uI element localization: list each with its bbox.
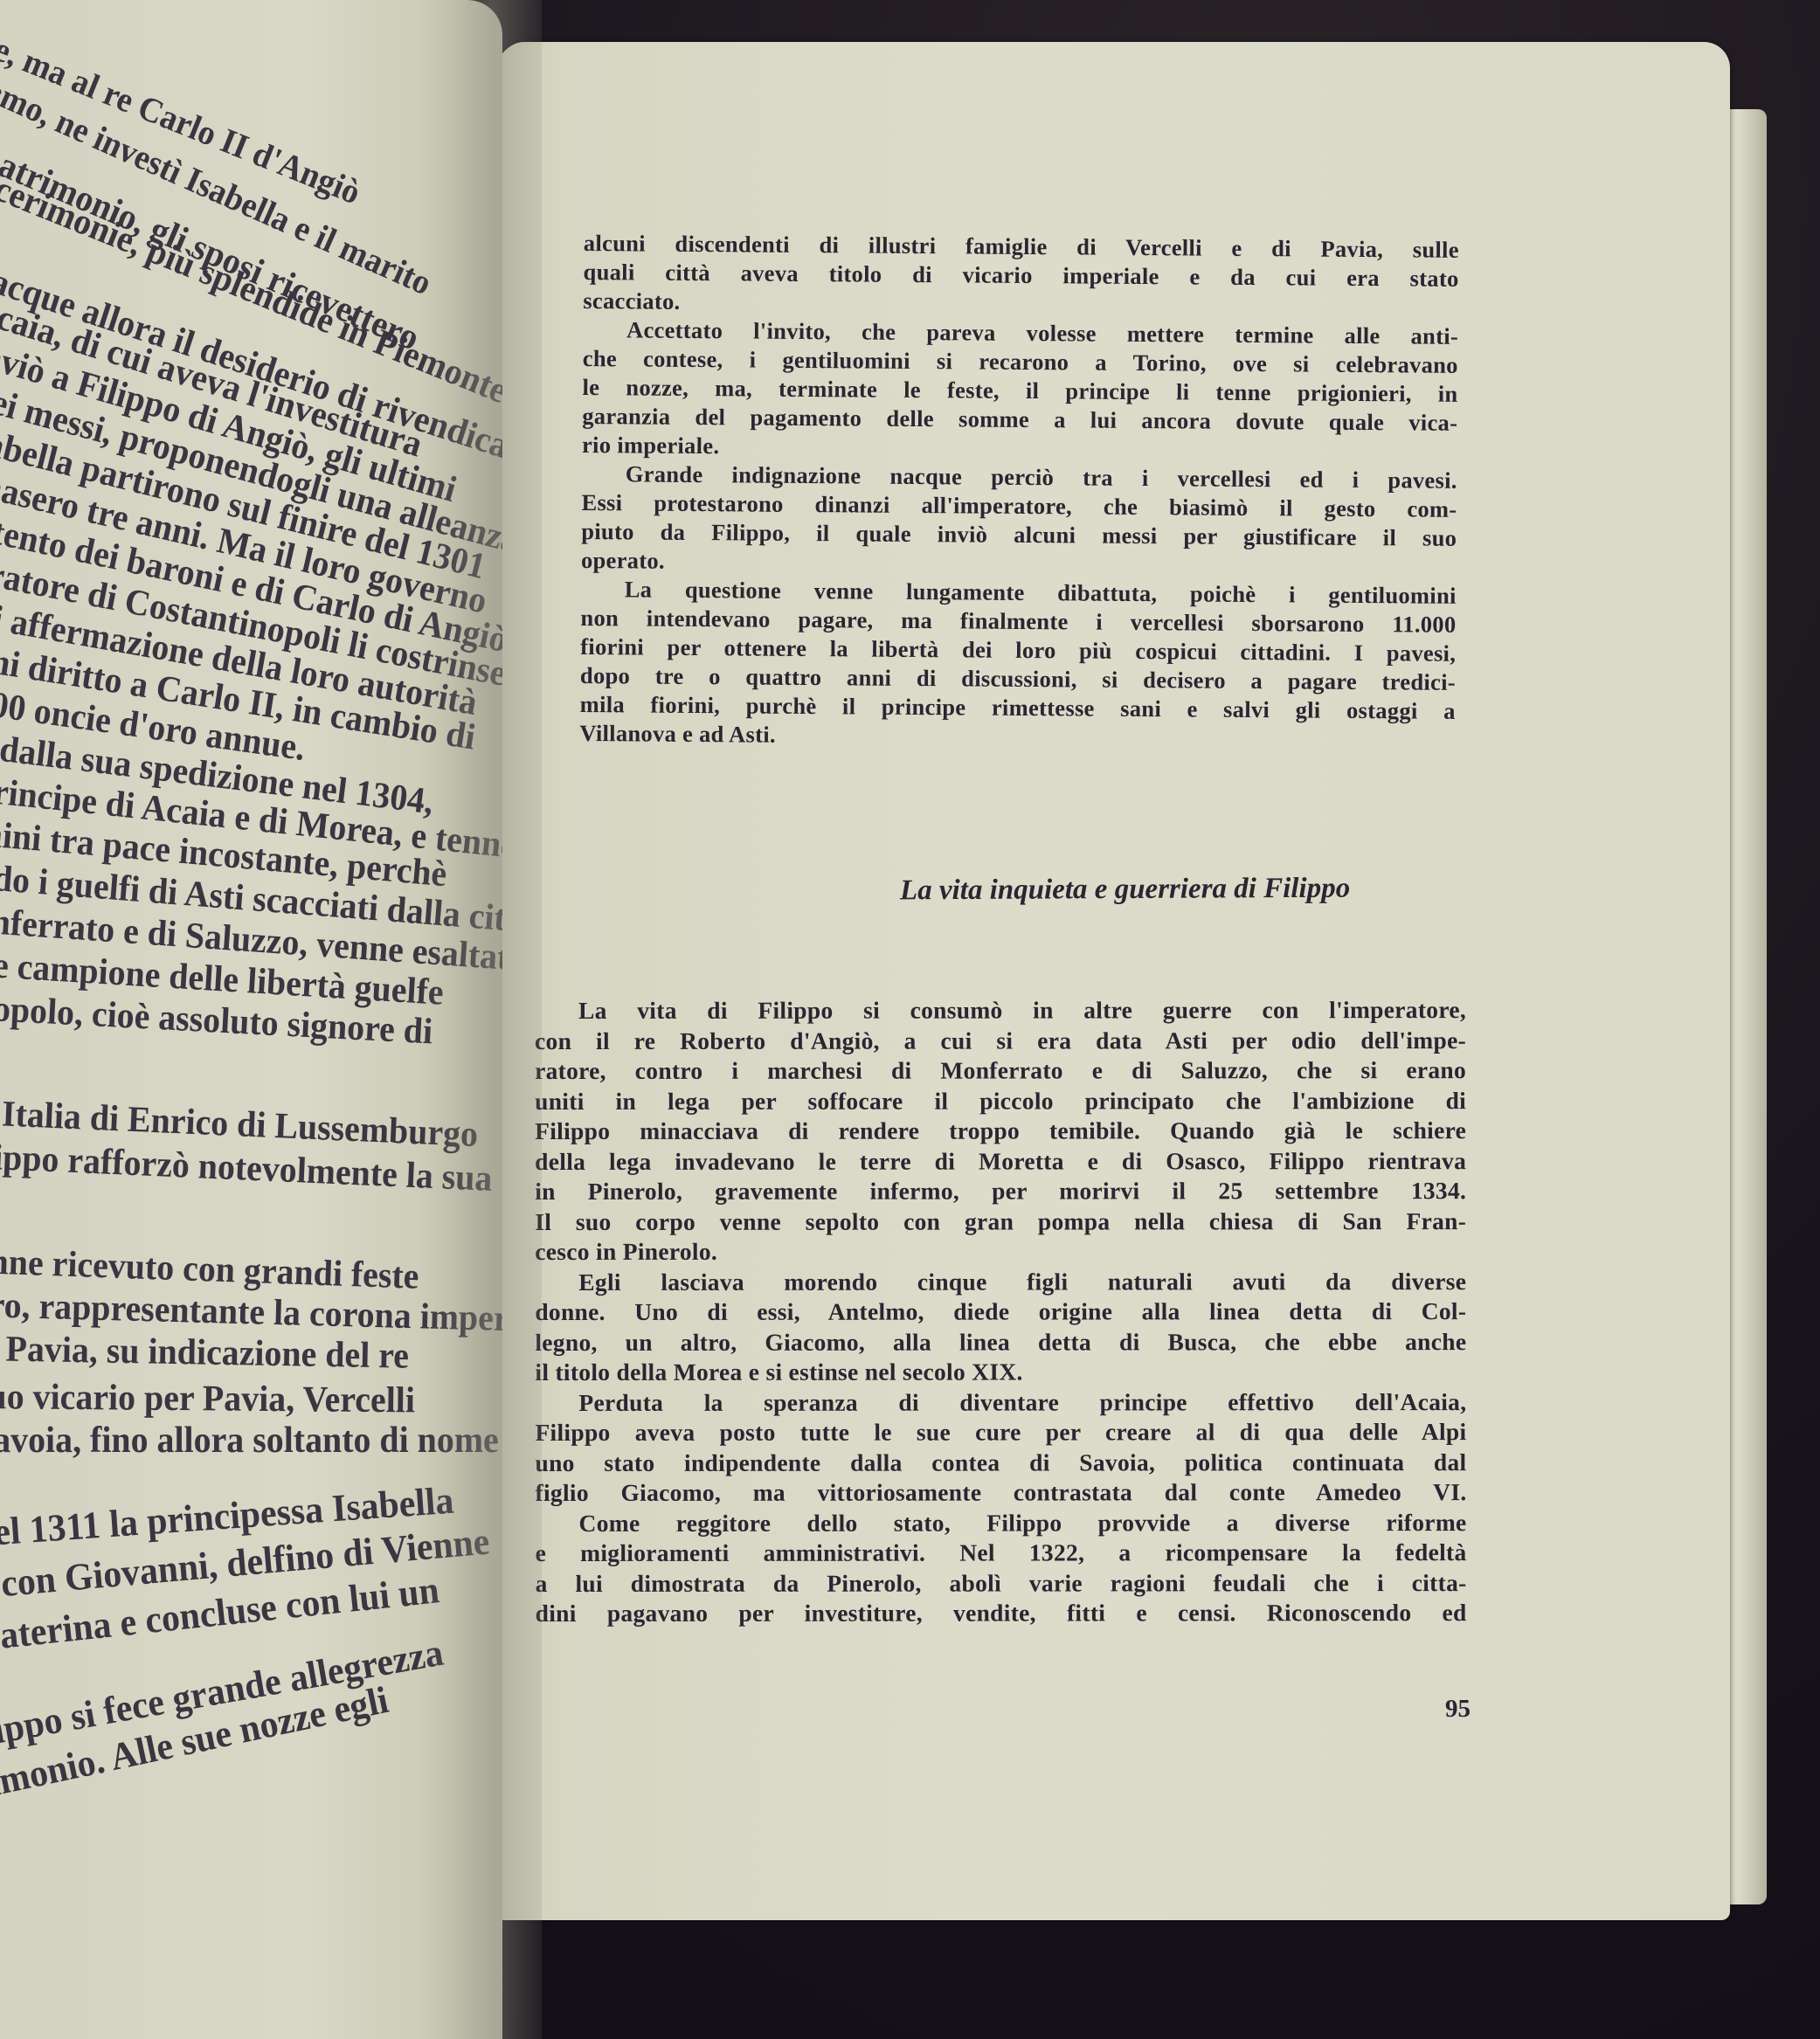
text-line: uno stato indipendente dalla contea di S… (535, 1448, 1466, 1478)
text-line: uniti in lega per soffocare il piccolo p… (535, 1086, 1466, 1116)
text-line: Come reggitore dello stato, Filippo prov… (536, 1508, 1467, 1538)
left-page-line: A Pavia, su indicazione del re (0, 1328, 409, 1378)
left-page-line: suo vicario per Pavia, Vercelli (0, 1376, 415, 1421)
section-heading: La vita inquieta e guerriera di Filippo (900, 873, 1350, 908)
paragraph-block-bottom: La vita di Filippo si consumò in altre g… (535, 995, 1467, 1628)
text-line: Filippo minacciava di rendere troppo tem… (535, 1116, 1466, 1146)
text-line: donne. Uno di essi, Antelmo, diede origi… (535, 1296, 1466, 1327)
page-number: 95 (1445, 1695, 1471, 1724)
text-line: della lega invadevano le terre di Morett… (535, 1146, 1466, 1177)
paragraph-block-top: alcuni discendenti di illustri famiglie … (579, 229, 1459, 755)
text-line: Egli lasciava morendo cinque figli natur… (535, 1267, 1466, 1297)
text-line: Il suo corpo venne sepolto con gran pomp… (535, 1206, 1466, 1237)
text-line: figlio Giacomo, ma vittoriosamente contr… (535, 1477, 1466, 1508)
left-page-partial: ste, ma al re Carlo II d'Angiòramo, ne i… (0, 0, 502, 2039)
text-line: e miglioramenti amministrativi. Nel 1322… (536, 1538, 1467, 1568)
text-line: a lui dimostrata da Pinerolo, abolì vari… (536, 1568, 1467, 1599)
text-line: cesco in Pinerolo. (535, 1236, 1466, 1267)
text-line: legno, un altro, Giacomo, alla linea det… (535, 1327, 1466, 1358)
text-line: il titolo della Morea e si estinse nel s… (535, 1357, 1466, 1387)
text-line: ratore, contro i marchesi di Monferrato … (535, 1055, 1466, 1086)
text-line: dini pagavano per investiture, vendite, … (536, 1598, 1467, 1628)
text-line: Filippo aveva posto tutte le sue cure pe… (535, 1417, 1466, 1448)
text-line: La vita di Filippo si consumò in altre g… (535, 995, 1466, 1026)
text-line: con il re Roberto d'Angiò, a cui si era … (535, 1026, 1466, 1056)
text-line: Perduta la speranza di diventare princip… (535, 1387, 1466, 1418)
left-page-line: Savoia, fino allora soltanto di nome (0, 1420, 499, 1462)
text-line: in Pinerolo, gravemente infermo, per mor… (535, 1176, 1466, 1206)
